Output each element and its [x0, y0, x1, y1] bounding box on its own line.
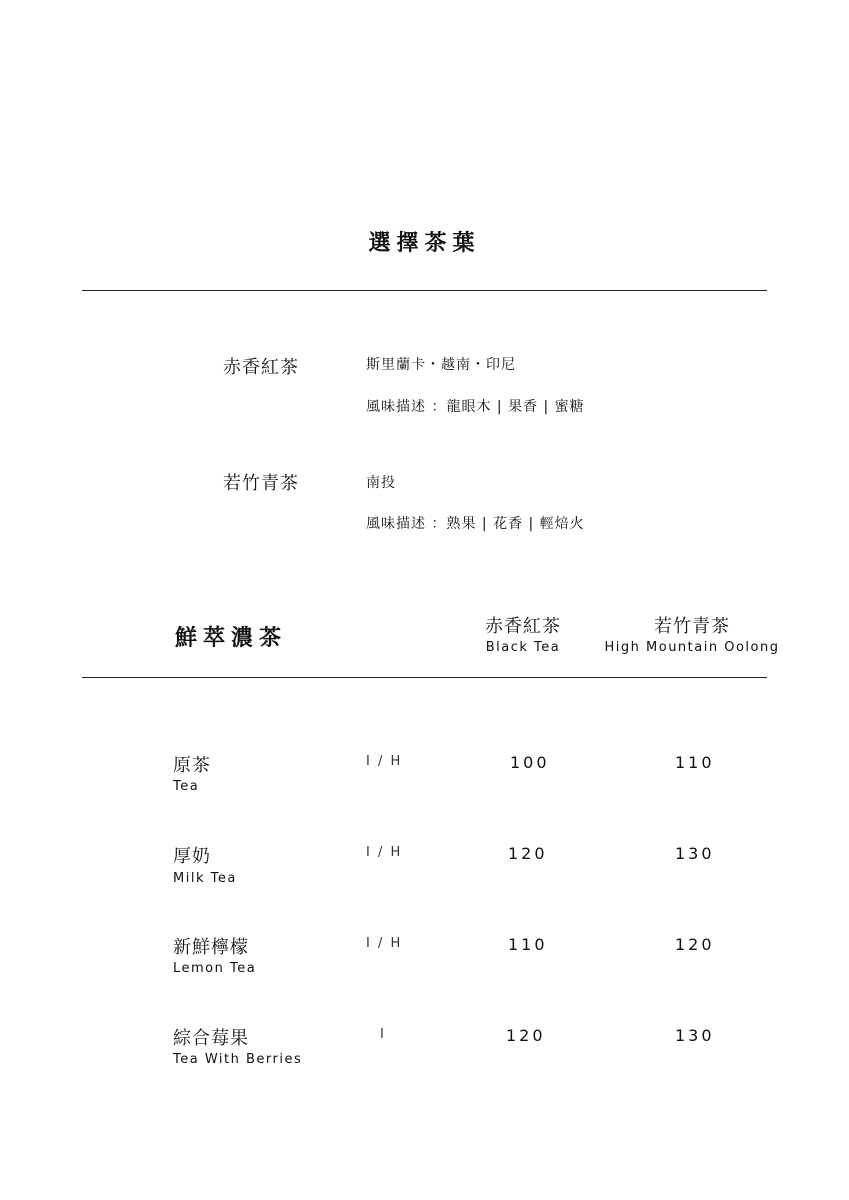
tea-name: 赤香紅茶 [223, 353, 299, 379]
item-name: 新鮮檸檬 [173, 933, 249, 959]
menu-section-title: 鮮萃濃茶 [175, 621, 287, 652]
column-header-black-tea-en: Black Tea [463, 640, 583, 655]
item-temperature: I / H [366, 845, 402, 860]
price-black-tea: 100 [510, 753, 550, 772]
price-black-tea: 120 [508, 844, 548, 863]
tea-origin: 南投 [366, 472, 396, 492]
tea-origin: 斯里蘭卡・越南・印尼 [366, 354, 516, 374]
item-name: 原茶 [173, 751, 211, 777]
item-temperature: I / H [366, 936, 402, 951]
item-temperature: I [380, 1027, 386, 1042]
column-header-oolong-en: High Mountain Oolong [597, 640, 787, 655]
item-name: 綜合莓果 [173, 1024, 249, 1050]
price-black-tea: 110 [508, 935, 548, 954]
divider [82, 290, 767, 291]
price-black-tea: 120 [506, 1026, 546, 1045]
item-temperature: I / H [366, 754, 402, 769]
divider [82, 677, 767, 678]
column-header-oolong: 若竹青茶 [597, 612, 787, 638]
leaf-section-title: 選擇茶葉 [0, 226, 849, 257]
tea-name: 若竹青茶 [223, 469, 299, 495]
price-oolong: 130 [675, 1026, 715, 1045]
item-name-en: Lemon Tea [173, 961, 256, 976]
item-name-en: Tea [173, 779, 199, 794]
price-oolong: 110 [675, 753, 715, 772]
item-name-en: Tea With Berries [173, 1052, 302, 1067]
item-name: 厚奶 [173, 842, 211, 868]
tea-flavor: 風味描述 ：熟果 | 花香 | 輕焙火 [366, 513, 585, 533]
tea-flavor: 風味描述 ：龍眼木 | 果香 | 蜜糖 [366, 396, 585, 416]
column-header-black-tea: 赤香紅茶 [463, 612, 583, 638]
price-oolong: 130 [675, 844, 715, 863]
item-name-en: Milk Tea [173, 871, 237, 886]
price-oolong: 120 [675, 935, 715, 954]
